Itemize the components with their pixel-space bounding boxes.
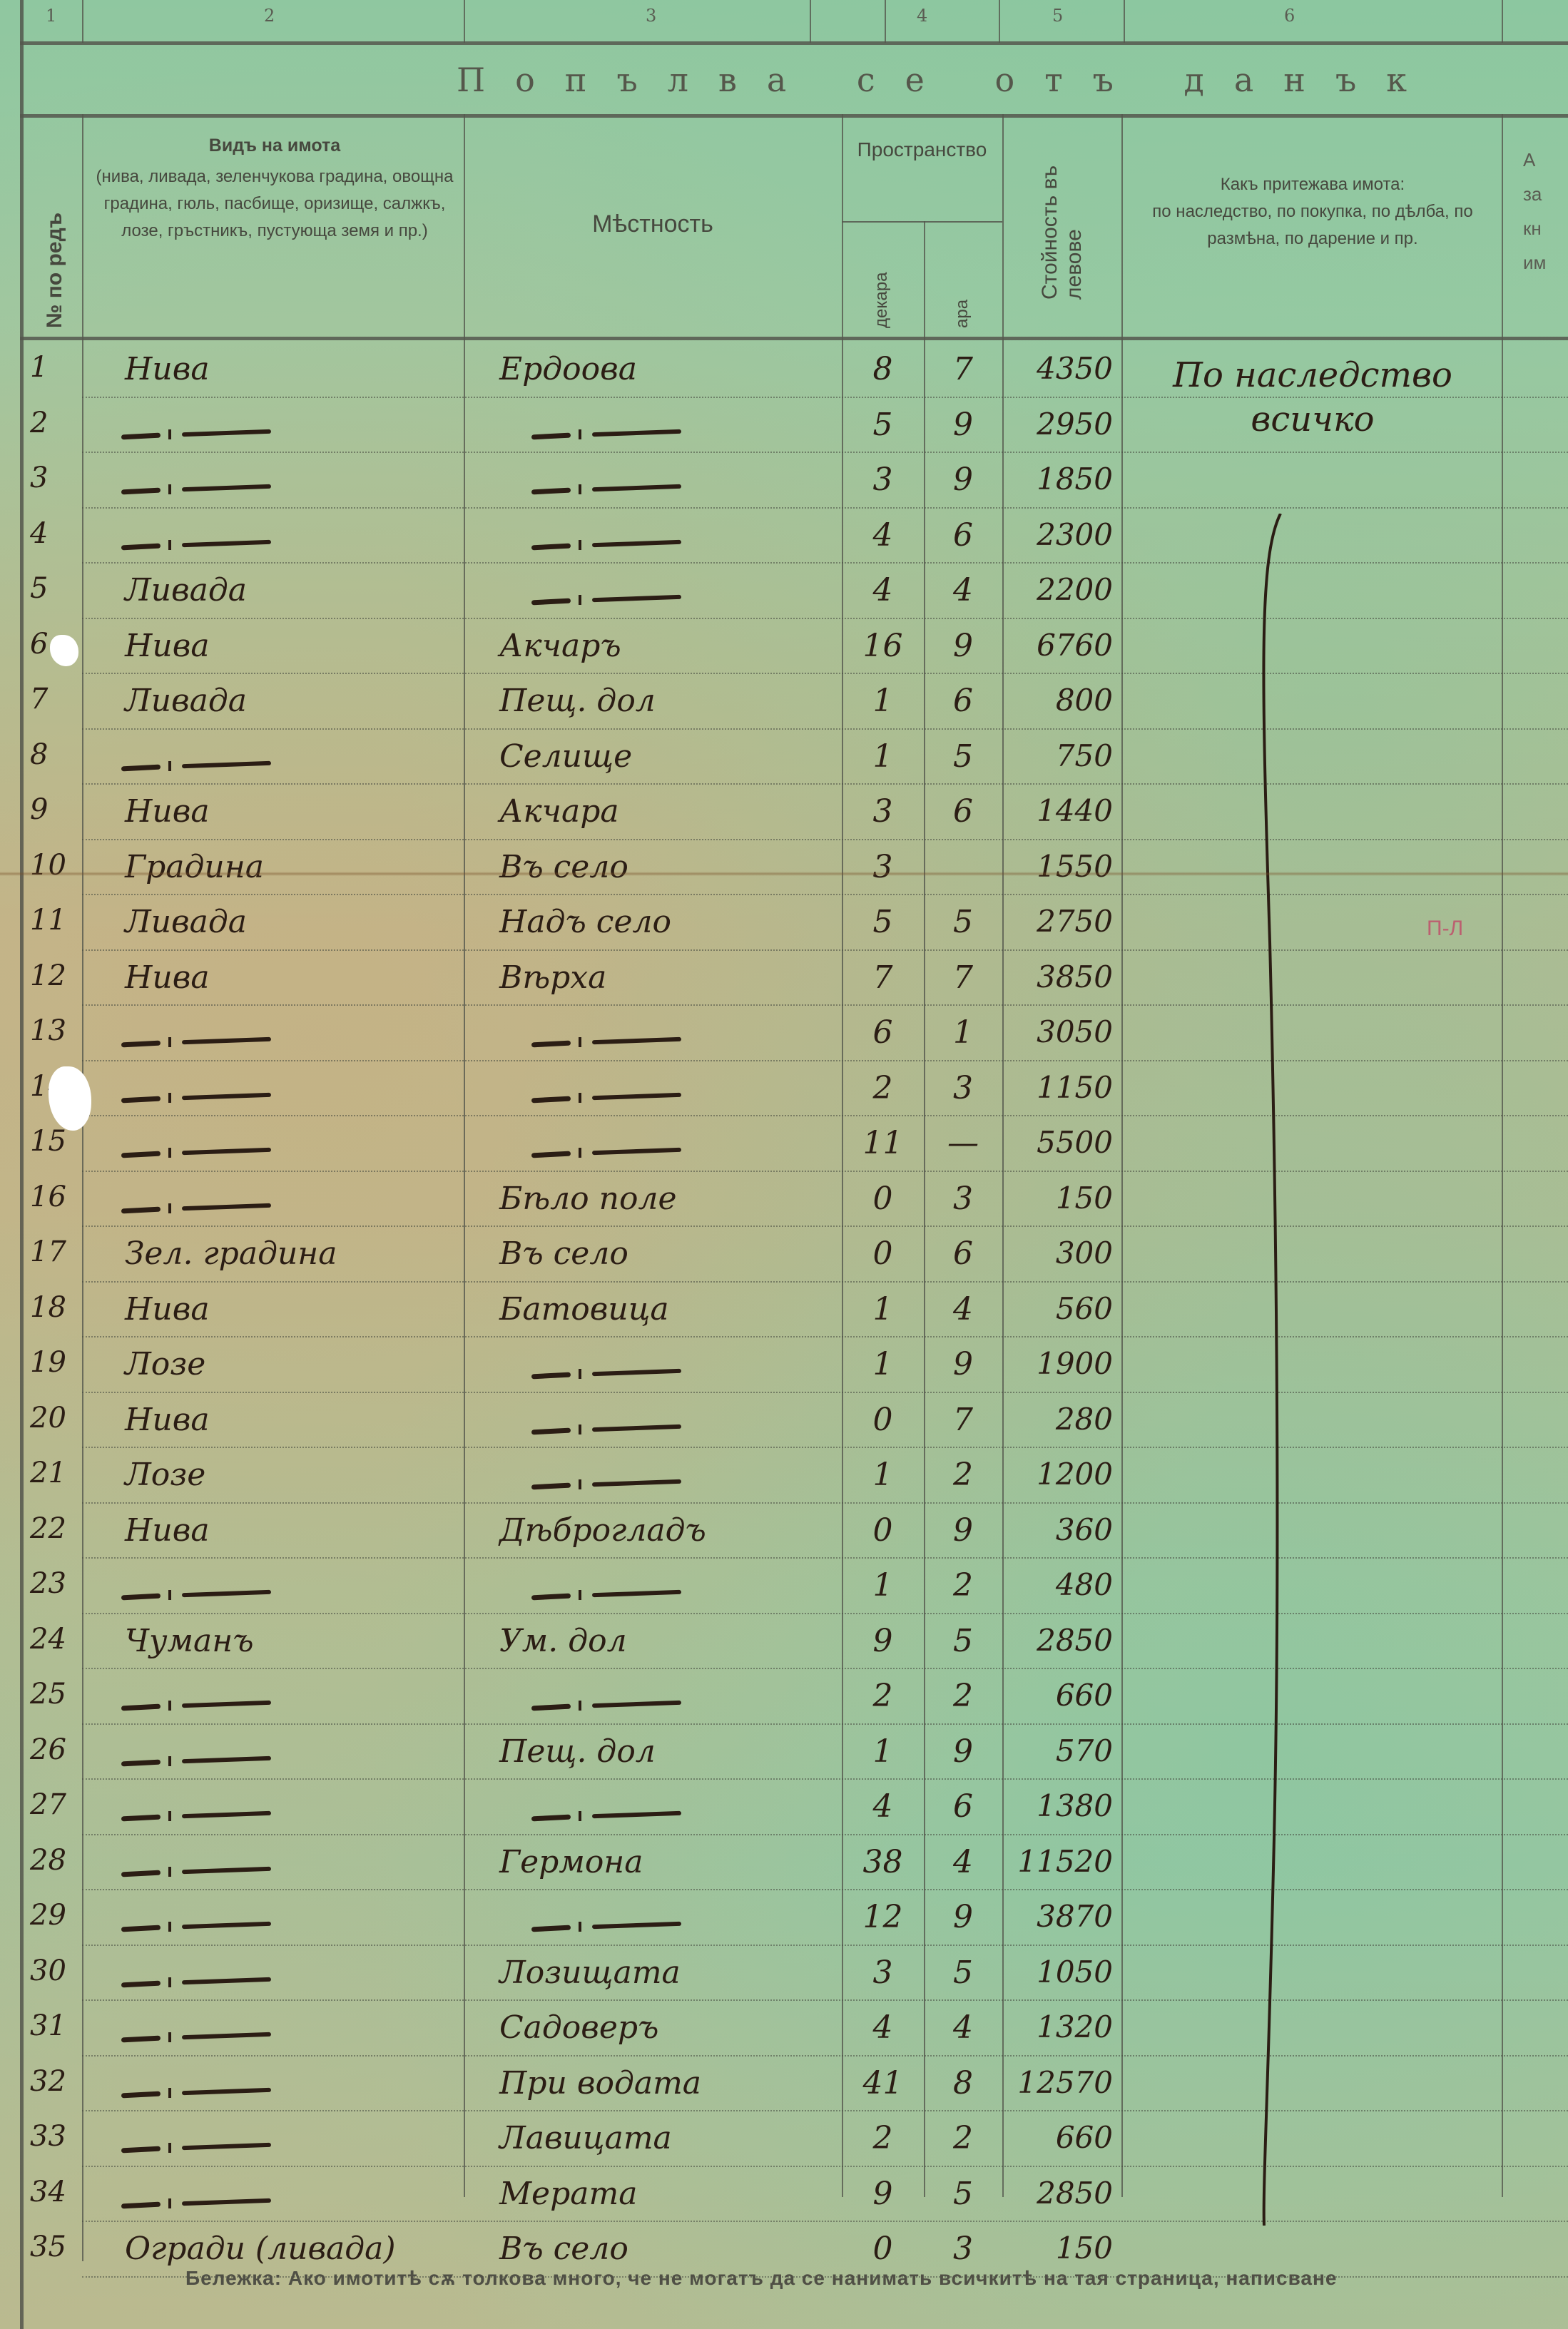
- area-are: —: [927, 1125, 999, 1161]
- partial-text: им: [1523, 245, 1546, 280]
- value-leva: 1050: [1006, 1955, 1113, 1989]
- area-are: 7: [927, 1402, 999, 1438]
- area-decare: 9: [845, 2176, 920, 2212]
- ditto-mark: [121, 2033, 271, 2047]
- row-rule: [82, 1004, 1568, 1006]
- column-number: 6: [1284, 6, 1295, 26]
- property-kind: Зел. градина: [125, 1235, 460, 1272]
- row-rule: [82, 1281, 1568, 1283]
- property-kind: Ливада: [125, 572, 460, 608]
- area-are: 2: [927, 1457, 999, 1493]
- form-banner: Попълва се отъ данък: [457, 61, 1437, 99]
- locality: Гермона: [499, 1844, 838, 1880]
- locality: Лозищата: [499, 1955, 838, 1991]
- value-leva: 2200: [1006, 572, 1113, 607]
- area-decare: 0: [845, 1235, 920, 1272]
- value-leva: 570: [1006, 1733, 1113, 1768]
- row-rule: [82, 618, 1568, 619]
- locality: Акчара: [499, 793, 838, 830]
- row-number: 23: [30, 1567, 80, 1600]
- area-decare: 1: [845, 1291, 920, 1327]
- area-are: 9: [927, 1733, 999, 1770]
- ditto-mark: [531, 1922, 767, 1936]
- locality: Ердоова: [499, 351, 838, 387]
- row-number: 7: [30, 683, 80, 715]
- header-next-column-partial: А за кн им: [1523, 143, 1546, 280]
- ditto-mark: [121, 1978, 271, 1992]
- header-row-number: № по редъ: [43, 213, 67, 328]
- area-decare: 3: [845, 462, 920, 498]
- area-decare: 4: [845, 517, 920, 554]
- area-decare: 9: [845, 1623, 920, 1659]
- header-rule: [20, 337, 1568, 340]
- area-decare: 4: [845, 1788, 920, 1825]
- area-are: 6: [927, 683, 999, 719]
- row-rule: [82, 1557, 1568, 1559]
- row-number: 30: [30, 1955, 80, 1987]
- value-leva: 1550: [1006, 849, 1113, 884]
- value-leva: 3050: [1006, 1014, 1113, 1049]
- header-locality: Мѣстность: [471, 210, 835, 238]
- row-rule: [82, 1447, 1568, 1448]
- ditto-mark: [121, 2199, 271, 2213]
- row-rule: [82, 1171, 1568, 1172]
- row-number: 22: [30, 1512, 80, 1545]
- column-number: 1: [46, 6, 56, 26]
- value-leva: 6760: [1006, 628, 1113, 663]
- column-rule: [1121, 114, 1123, 2197]
- row-rule: [82, 1060, 1568, 1061]
- row-number: 5: [30, 572, 80, 605]
- locality: Акчаръ: [499, 628, 838, 664]
- row-number: 3: [30, 462, 80, 494]
- area-decare: 8: [845, 351, 920, 387]
- row-number: 21: [30, 1457, 80, 1489]
- row-number: 17: [30, 1235, 80, 1268]
- property-kind: Чуманъ: [125, 1623, 460, 1659]
- rule: [1502, 0, 1503, 43]
- row-number: 16: [30, 1181, 80, 1213]
- property-kind: Лозе: [125, 1457, 460, 1493]
- column-rule: [82, 114, 83, 2261]
- row-number: 31: [30, 2009, 80, 2042]
- row-number: 19: [30, 1346, 80, 1379]
- area-decare: 0: [845, 1512, 920, 1549]
- area-are: 5: [927, 738, 999, 775]
- area-decare: 1: [845, 738, 920, 775]
- value-leva: 12570: [1006, 2065, 1113, 2100]
- area-are: 3: [927, 2231, 999, 2267]
- area-are: 8: [927, 2065, 999, 2101]
- area-are: 6: [927, 1788, 999, 1825]
- area-decare: 5: [845, 904, 920, 940]
- locality: Садоверъ: [499, 2009, 838, 2046]
- ditto-mark: [121, 430, 271, 444]
- row-number: 26: [30, 1733, 80, 1766]
- column-number: 2: [264, 6, 275, 26]
- area-decare: 7: [845, 959, 920, 996]
- row-rule: [82, 1115, 1568, 1116]
- area-decare: 11: [845, 1125, 920, 1161]
- property-kind: Градина: [125, 849, 460, 885]
- ditto-mark: [121, 1922, 271, 1936]
- area-subheader-rule: [842, 221, 1002, 223]
- area-decare: 38: [845, 1844, 920, 1880]
- value-leva: 2850: [1006, 2176, 1113, 2211]
- row-rule: [82, 1336, 1568, 1337]
- row-rule: [82, 507, 1568, 509]
- area-decare: 1: [845, 683, 920, 719]
- locality: Пещ. дол: [499, 1733, 838, 1770]
- header-value: Стойность въ левове: [1038, 143, 1086, 300]
- header-area: Пространство: [845, 136, 999, 164]
- area-decare: 1: [845, 1346, 920, 1382]
- row-number: 27: [30, 1788, 80, 1821]
- value-leva: 1200: [1006, 1457, 1113, 1492]
- value-leva: 1900: [1006, 1346, 1113, 1381]
- header-rule: [20, 114, 1568, 118]
- area-decare: 1: [845, 1733, 920, 1770]
- value-leva: 280: [1006, 1402, 1113, 1437]
- value-leva: 2850: [1006, 1623, 1113, 1658]
- ditto-mark: [531, 1094, 767, 1107]
- value-leva: 750: [1006, 738, 1113, 773]
- column-number: 3: [646, 6, 656, 26]
- property-kind: Нива: [125, 793, 460, 830]
- area-are: 9: [927, 1512, 999, 1549]
- locality: Надъ село: [499, 904, 838, 940]
- header-ownership: Какъ притежава имота: по наследство, по …: [1141, 171, 1484, 253]
- rule: [1124, 0, 1125, 43]
- row-rule: [82, 949, 1568, 951]
- paper-hole: [49, 1066, 91, 1131]
- row-rule: [82, 894, 1568, 895]
- row-rule: [82, 1502, 1568, 1504]
- property-kind: Ливада: [125, 904, 460, 940]
- area-decare: 3: [845, 1955, 920, 1991]
- area-decare: 1: [845, 1457, 920, 1493]
- locality: Лавицата: [499, 2120, 838, 2156]
- row-number: 8: [30, 738, 80, 771]
- partial-text: А: [1523, 143, 1546, 177]
- row-number: 9: [30, 793, 80, 826]
- value-leva: 480: [1006, 1567, 1113, 1602]
- row-number: 1: [30, 351, 80, 384]
- value-leva: 5500: [1006, 1125, 1113, 1160]
- row-rule: [82, 839, 1568, 840]
- value-leva: 2300: [1006, 517, 1113, 552]
- rule: [82, 0, 83, 43]
- property-kind: Нива: [125, 628, 460, 664]
- value-leva: 2750: [1006, 904, 1113, 939]
- locality: Ум. дол: [499, 1623, 838, 1659]
- row-number: 35: [30, 2231, 80, 2263]
- row-number: 2: [30, 407, 80, 439]
- area-decare: 2: [845, 1070, 920, 1106]
- rule: [810, 0, 811, 43]
- property-kind: Огради (ливада): [125, 2231, 460, 2267]
- row-number: 25: [30, 1678, 80, 1711]
- row-number: 34: [30, 2176, 80, 2208]
- property-kind: Лозе: [125, 1346, 460, 1382]
- value-leva: 800: [1006, 683, 1113, 718]
- area-decare: 0: [845, 1181, 920, 1217]
- value-leva: 11520: [1006, 1844, 1113, 1879]
- area-are: 9: [927, 407, 999, 443]
- row-number: 33: [30, 2120, 80, 2153]
- value-leva: 300: [1006, 1235, 1113, 1270]
- locality: Въ село: [499, 849, 838, 885]
- area-are: 9: [927, 628, 999, 664]
- row-rule: [82, 1668, 1568, 1669]
- footnote: Бележка: Ако имотитѣ сѫ толкова много, ч…: [185, 2267, 1337, 2290]
- property-kind: Нива: [125, 1512, 460, 1549]
- header-area-are: ара: [952, 300, 972, 328]
- ditto-mark: [121, 1204, 271, 1218]
- row-number: 13: [30, 1014, 80, 1047]
- header-area-decare: декара: [872, 272, 892, 328]
- ditto-mark: [121, 1812, 271, 1825]
- area-are: 2: [927, 1567, 999, 1604]
- ditto-mark: [121, 1591, 271, 1604]
- ditto-mark: [121, 2144, 271, 2157]
- area-are: 7: [927, 959, 999, 996]
- row-rule: [82, 2166, 1568, 2167]
- area-decare: 1: [845, 1567, 920, 1604]
- ditto-mark: [531, 1425, 767, 1439]
- row-rule: [82, 1225, 1568, 1227]
- column-rule: [842, 114, 843, 2197]
- property-kind: Нива: [125, 1402, 460, 1438]
- area-decare: 0: [845, 2231, 920, 2267]
- area-are: 4: [927, 1844, 999, 1880]
- row-rule: [82, 1723, 1568, 1725]
- row-number: 24: [30, 1623, 80, 1656]
- area-are: 6: [927, 793, 999, 830]
- value-leva: 660: [1006, 1678, 1113, 1713]
- area-decare: 4: [845, 572, 920, 608]
- property-kind: Нива: [125, 959, 460, 996]
- rule: [885, 0, 886, 43]
- header-property-kind-desc: (нива, ливада, зеленчукова градина, овощ…: [89, 163, 460, 245]
- column-rule: [924, 221, 925, 2197]
- row-rule: [82, 452, 1568, 453]
- locality: Вѣрха: [499, 959, 838, 996]
- row-rule: [82, 562, 1568, 564]
- column-number: 4: [917, 6, 927, 26]
- ditto-mark: [531, 1591, 767, 1604]
- locality: Дѣброгладъ: [499, 1512, 838, 1549]
- ditto-mark: [531, 430, 767, 444]
- row-number: 10: [30, 849, 80, 882]
- column-rule: [1002, 114, 1004, 2197]
- ditto-mark: [121, 2089, 271, 2102]
- value-leva: 150: [1006, 1181, 1113, 1216]
- value-leva: 2950: [1006, 407, 1113, 442]
- area-are: 3: [927, 1181, 999, 1217]
- row-rule: [82, 1778, 1568, 1780]
- area-decare: 6: [845, 1014, 920, 1051]
- locality: Въ село: [499, 1235, 838, 1272]
- value-leva: 1150: [1006, 1070, 1113, 1105]
- area-are: 5: [927, 904, 999, 940]
- area-are: 6: [927, 1235, 999, 1272]
- area-are: 2: [927, 2120, 999, 2156]
- row-rule: [82, 2110, 1568, 2111]
- row-rule: [82, 1999, 1568, 2001]
- locality: Селище: [499, 738, 838, 775]
- area-decare: 4: [845, 2009, 920, 2046]
- value-leva: 1440: [1006, 793, 1113, 828]
- area-are: 5: [927, 2176, 999, 2212]
- property-kind: Нива: [125, 351, 460, 387]
- ditto-mark: [121, 1867, 271, 1881]
- column-number: 5: [1052, 6, 1063, 26]
- locality: Въ село: [499, 2231, 838, 2267]
- header-property-kind: Видъ на имота (нива, ливада, зеленчукова…: [89, 136, 460, 245]
- row-rule: [82, 673, 1568, 674]
- ditto-mark: [531, 596, 767, 609]
- ditto-mark: [121, 762, 271, 775]
- header-ownership-desc: по наследство, по покупка, по дѣлба, по …: [1141, 198, 1484, 253]
- ditto-mark: [121, 541, 271, 554]
- locality: Бѣло поле: [499, 1181, 838, 1217]
- ditto-mark: [121, 1757, 271, 1770]
- area-decare: 0: [845, 1402, 920, 1438]
- ditto-mark: [531, 1148, 767, 1162]
- brace-mark: [1256, 514, 1284, 2226]
- ditto-mark: [531, 1480, 767, 1494]
- left-border-rule: [20, 0, 24, 2329]
- paper-hole: [50, 635, 78, 666]
- area-are: 9: [927, 462, 999, 498]
- area-are: 5: [927, 1623, 999, 1659]
- value-leva: 3850: [1006, 959, 1113, 994]
- row-number: 11: [30, 904, 80, 937]
- row-number: 20: [30, 1402, 80, 1434]
- locality: При водата: [499, 2065, 838, 2101]
- value-leva: 360: [1006, 1512, 1113, 1547]
- area-are: 5: [927, 1955, 999, 1991]
- ditto-mark: [121, 1148, 271, 1162]
- value-leva: 1380: [1006, 1788, 1113, 1823]
- area-are: 4: [927, 2009, 999, 2046]
- row-rule: [82, 1392, 1568, 1393]
- area-decare: 2: [845, 2120, 920, 2156]
- area-are: 7: [927, 351, 999, 387]
- area-decare: 2: [845, 1678, 920, 1714]
- rule: [999, 0, 1000, 43]
- row-rule: [82, 1889, 1568, 1890]
- ditto-mark: [121, 1038, 271, 1051]
- row-rule: [82, 1834, 1568, 1835]
- ditto-mark: [531, 1812, 767, 1825]
- ditto-mark: [121, 1701, 271, 1715]
- area-are: 2: [927, 1678, 999, 1714]
- value-leva: 1320: [1006, 2009, 1113, 2044]
- locality: Мерата: [499, 2176, 838, 2212]
- ditto-mark: [531, 1701, 767, 1715]
- row-rule: [82, 2055, 1568, 2057]
- row-rule: [82, 1613, 1568, 1614]
- row-rule: [82, 1945, 1568, 1946]
- header-property-kind-title: Видъ на имота: [89, 136, 460, 156]
- value-leva: 560: [1006, 1291, 1113, 1326]
- ditto-mark: [531, 541, 767, 554]
- partial-text: за: [1523, 177, 1546, 211]
- locality: Пещ. дол: [499, 683, 838, 719]
- row-number: 32: [30, 2065, 80, 2098]
- row-number: 18: [30, 1291, 80, 1324]
- ditto-mark: [531, 1038, 767, 1051]
- property-kind: Ливада: [125, 683, 460, 719]
- area-decare: 16: [845, 628, 920, 664]
- rule: [464, 0, 465, 43]
- property-kind: Нива: [125, 1291, 460, 1327]
- row-number: 29: [30, 1899, 80, 1932]
- ownership-note: По наследство всичко: [1134, 353, 1491, 442]
- locality: Батовица: [499, 1291, 838, 1327]
- area-decare: 3: [845, 793, 920, 830]
- area-are: 1: [927, 1014, 999, 1051]
- area-are: 6: [927, 517, 999, 554]
- partial-text: кн: [1523, 211, 1546, 245]
- area-are: 4: [927, 572, 999, 608]
- row-number: 4: [30, 517, 80, 550]
- value-leva: 3870: [1006, 1899, 1113, 1934]
- column-rule: [464, 114, 465, 2197]
- ditto-mark: [121, 485, 271, 499]
- area-decare: 5: [845, 407, 920, 443]
- value-leva: 150: [1006, 2231, 1113, 2266]
- ditto-mark: [531, 485, 767, 499]
- column-rule: [1502, 114, 1503, 2197]
- paper-fold: [0, 872, 1568, 876]
- ditto-mark: [121, 1094, 271, 1107]
- area-are: 9: [927, 1899, 999, 1935]
- row-rule: [82, 783, 1568, 785]
- row-number: 28: [30, 1844, 80, 1877]
- header-ownership-title: Какъ притежава имота:: [1141, 171, 1484, 198]
- area-are: 9: [927, 1346, 999, 1382]
- row-rule: [82, 728, 1568, 730]
- area-are: 4: [927, 1291, 999, 1327]
- value-leva: 4350: [1006, 351, 1113, 386]
- ditto-mark: [531, 1370, 767, 1383]
- value-leva: 1850: [1006, 462, 1113, 496]
- value-leva: 660: [1006, 2120, 1113, 2155]
- header-rule: [20, 41, 1568, 45]
- area-decare: 12: [845, 1899, 920, 1935]
- area-decare: 3: [845, 849, 920, 885]
- ink-stamp: П-Л: [1427, 917, 1463, 941]
- area-are: 3: [927, 1070, 999, 1106]
- area-decare: 41: [845, 2065, 920, 2101]
- row-number: 12: [30, 959, 80, 992]
- row-rule: [82, 2221, 1568, 2222]
